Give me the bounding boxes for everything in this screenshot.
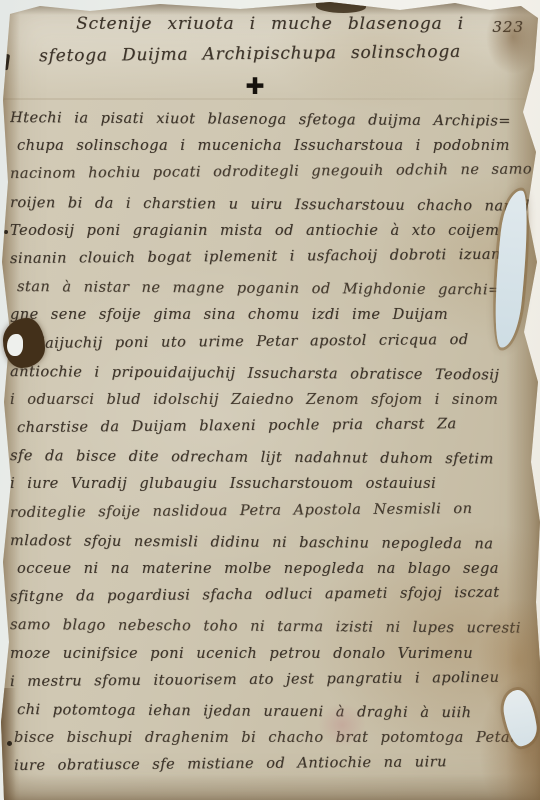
title-row: Sctenije xriuota i muche blasenoga i 323 <box>0 14 540 44</box>
manuscript-line: samo blago nebescho toho ni tarma izisti… <box>10 611 536 643</box>
manuscript-body: Htechi ia pisati xiuot blasenoga sfetoga… <box>10 104 536 781</box>
manuscript-line: iure obratiusce sfe mistiane od Antiochi… <box>14 748 536 781</box>
manuscript-photo: Sctenije xriuota i muche blasenoga i 323… <box>0 0 540 800</box>
manuscript-line: nacinom hochiu pocati odroditegli gnegou… <box>10 156 536 189</box>
title-line-2: sfetoga Duijma Archipischupa solinschoga <box>0 41 500 66</box>
manuscript-line: sfe da bisce dite odrecham lijt nadahnut… <box>10 442 536 474</box>
manuscript-line: sfitgne da pogardiusi sfacha odluci apam… <box>10 579 536 612</box>
title-line-1: Sctenije xriuota i muche blasenoga i <box>76 14 464 34</box>
ink-dot <box>4 230 8 234</box>
paper-hole-left <box>3 318 45 368</box>
manuscript-line: Htechi ia pisati xiuot blasenoga sfetoga… <box>10 104 536 136</box>
manuscript-line: roditeglie sfoije naslidoua Petra Aposto… <box>10 494 536 527</box>
page-number: 323 <box>492 18 524 36</box>
manuscript-line: charstise da Duijam blaxeni pochle pria … <box>17 410 536 443</box>
manuscript-line: roijen bi da i charstien u uiru Issuchar… <box>10 189 536 221</box>
manuscript-line: i mestru sfomu itouorisem ato jest pangr… <box>10 663 536 696</box>
paper-hole-gap <box>7 334 23 356</box>
manuscript-line: mladost sfoju nesmisli didinu ni baschin… <box>10 527 536 559</box>
ink-blot-top <box>316 0 366 13</box>
manuscript-line: Vladaijuchij poni uto urime Petar aposto… <box>10 325 536 358</box>
manuscript-line: stan à nistar ne magne poganin od Mighdo… <box>17 273 536 305</box>
manuscript-line: sinanin clouich bogat iplemenit i usfach… <box>10 240 536 273</box>
manuscript-line: antiochie i pripouidaijuchij Issucharsta… <box>10 358 536 390</box>
cross-icon: ✚ <box>0 74 510 100</box>
manuscript-page: Sctenije xriuota i muche blasenoga i 323… <box>0 0 540 800</box>
manuscript-line: chi potomtoga iehan ijedan uraueni à dra… <box>17 696 536 728</box>
